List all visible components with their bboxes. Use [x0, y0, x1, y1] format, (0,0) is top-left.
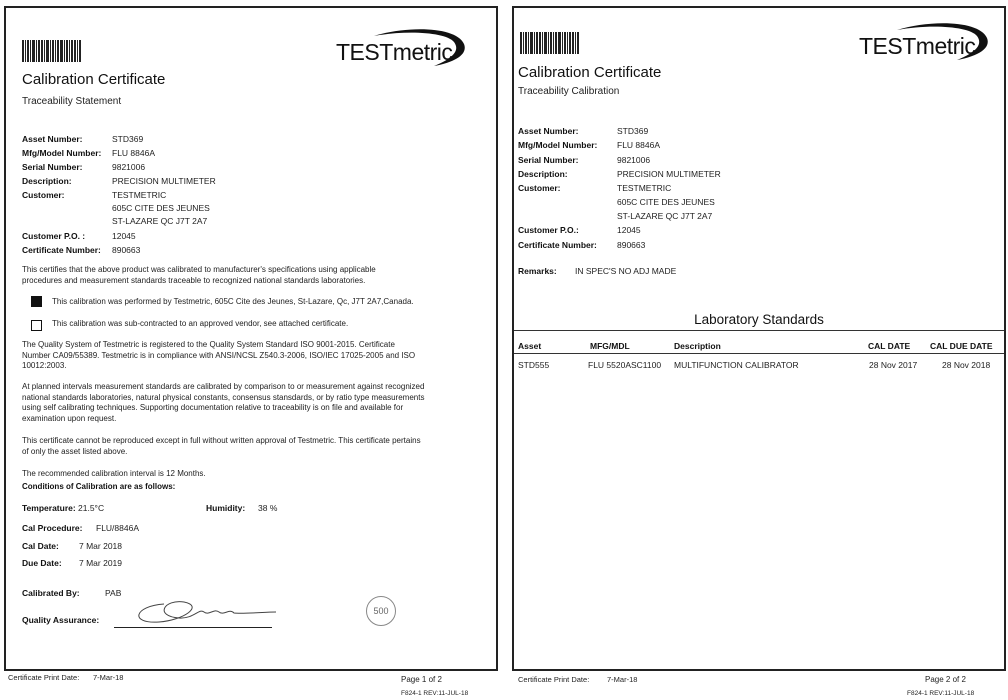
quality-assurance-label: Quality Assurance: — [22, 615, 99, 625]
calibrated-by-field: Calibrated By: PAB — [22, 588, 121, 598]
page-number-p2: Page 2 of 2 — [925, 675, 966, 684]
humidity-label: Humidity: — [206, 503, 258, 513]
page-number-p1: Page 1 of 2 — [401, 675, 442, 684]
detail-row: 605C CITE DES JEUNES — [518, 197, 715, 207]
signature-line — [114, 627, 272, 628]
detail-row: Asset Number:STD369 — [22, 134, 143, 144]
detail-row: Serial Number:9821006 — [22, 162, 145, 172]
remarks-value: IN SPEC'S NO ADJ MADE — [575, 266, 676, 276]
detail-value: PRECISION MULTIMETER — [617, 169, 721, 179]
detail-label — [22, 203, 112, 213]
detail-row: Description:PRECISION MULTIMETER — [518, 169, 721, 179]
logo-text-lower: metric — [393, 39, 453, 65]
page-subtitle: Traceability Calibration — [518, 86, 619, 97]
signature-icon — [124, 596, 284, 626]
page-subtitle: Traceability Statement — [22, 96, 121, 107]
detail-row: Serial Number:9821006 — [518, 155, 650, 165]
stamp-text: 500 — [373, 606, 388, 616]
detail-row: Asset Number:STD369 — [518, 126, 648, 136]
detail-value: TESTMETRIC — [112, 190, 166, 200]
detail-value: ST-LAZARE QC J7T 2A7 — [112, 216, 207, 226]
laboratory-standards-heading: Laboratory Standards — [514, 312, 1004, 327]
detail-label — [518, 197, 617, 207]
measurement-standards-statement: At planned intervals measurement standar… — [22, 382, 442, 424]
detail-value: 12045 — [112, 231, 136, 241]
remarks-field: Remarks: IN SPEC'S NO ADJ MADE — [518, 266, 676, 276]
table-top-rule — [514, 330, 1004, 331]
testmetric-logo: TESTmetric — [336, 26, 468, 68]
detail-value: 12045 — [617, 225, 641, 235]
cal-procedure-field: Cal Procedure: FLU/8846A — [22, 523, 139, 533]
temperature-field: Temperature: 21.5°C — [22, 503, 104, 513]
performed-in-house-checkbox — [31, 296, 42, 307]
certificate-page-1: TESTmetric Calibration Certificate Trace… — [4, 6, 498, 671]
cal-date-field: Cal Date: 7 Mar 2018 — [22, 541, 122, 551]
form-revision-p1: F824-1 REV:11-JUL-18 — [401, 690, 468, 697]
table-header: CAL DATE — [868, 341, 910, 351]
reproduction-statement: This certificate cannot be reproduced ex… — [22, 436, 422, 457]
detail-row: ST-LAZARE QC J7T 2A7 — [22, 216, 207, 226]
detail-value: PRECISION MULTIMETER — [112, 176, 216, 186]
detail-value: FLU 8846A — [112, 148, 155, 158]
due-date-field: Due Date: 7 Mar 2019 — [22, 558, 122, 568]
detail-value: STD369 — [617, 126, 648, 136]
table-header: Description — [674, 341, 721, 351]
subcontracted-text: This calibration was sub-contracted to a… — [52, 319, 492, 330]
detail-label: Description: — [518, 169, 617, 179]
table-header: CAL DUE DATE — [930, 341, 993, 351]
cal-procedure-value: FLU/8846A — [96, 523, 139, 533]
detail-value: TESTMETRIC — [617, 183, 671, 193]
humidity-field: Humidity: 38 % — [206, 503, 277, 513]
page-title: Calibration Certificate — [22, 71, 165, 88]
detail-row: 605C CITE DES JEUNES — [22, 203, 210, 213]
calibrated-by-label: Calibrated By: — [22, 588, 105, 598]
detail-value: 605C CITE DES JEUNES — [617, 197, 715, 207]
detail-label: Customer: — [518, 183, 617, 193]
detail-value: 9821006 — [617, 155, 650, 165]
detail-label — [22, 216, 112, 226]
page-title: Calibration Certificate — [518, 64, 661, 81]
print-date-value-p2: 7-Mar-18 — [607, 675, 637, 684]
cal-date-value: 7 Mar 2018 — [79, 541, 122, 551]
detail-row: Customer:TESTMETRIC — [518, 183, 671, 193]
quality-system-statement: The Quality System of Testmetric is regi… — [22, 340, 422, 372]
table-cell: 28 Nov 2017 — [869, 360, 917, 370]
detail-label: Serial Number: — [22, 162, 112, 172]
conditions-heading: Conditions of Calibration are as follows… — [22, 482, 175, 493]
print-date-label-p2: Certificate Print Date: — [518, 675, 589, 684]
barcode — [22, 40, 82, 62]
stamp-icon: 500 — [366, 596, 396, 626]
detail-row: Mfg/Model Number:FLU 8846A — [22, 148, 155, 158]
logo-text-upper: TEST — [336, 39, 393, 65]
detail-value: 9821006 — [112, 162, 145, 172]
due-date-value: 7 Mar 2019 — [79, 558, 122, 568]
table-cell: STD555 — [518, 360, 549, 370]
cal-procedure-label: Cal Procedure: — [22, 523, 96, 533]
subcontracted-checkbox — [31, 320, 42, 331]
detail-value: FLU 8846A — [617, 140, 660, 150]
temperature-value: 21.5°C — [78, 503, 104, 513]
detail-value: 605C CITE DES JEUNES — [112, 203, 210, 213]
detail-value: ST-LAZARE QC J7T 2A7 — [617, 211, 712, 221]
detail-row: Customer P.O. :12045 — [22, 231, 136, 241]
detail-row: Mfg/Model Number:FLU 8846A — [518, 140, 660, 150]
detail-label — [518, 211, 617, 221]
testmetric-logo: TESTmetric — [859, 20, 991, 62]
detail-row: ST-LAZARE QC J7T 2A7 — [518, 211, 712, 221]
detail-label: Asset Number: — [22, 134, 112, 144]
cal-date-label: Cal Date: — [22, 541, 79, 551]
table-cell: 28 Nov 2018 — [942, 360, 990, 370]
form-revision-p2: F824-1 REV:11-JUL-18 — [907, 690, 974, 697]
certificate-page-2: TESTmetric Calibration Certificate Trace… — [512, 6, 1006, 671]
calibration-interval: The recommended calibration interval is … — [22, 469, 206, 480]
humidity-value: 38 % — [258, 503, 277, 513]
table-cell: MULTIFUNCTION CALIBRATOR — [674, 360, 799, 370]
detail-row: Customer:TESTMETRIC — [22, 190, 166, 200]
detail-value: 890663 — [112, 245, 140, 255]
temperature-label: Temperature: — [22, 503, 78, 513]
detail-label: Description: — [22, 176, 112, 186]
table-header-rule — [514, 353, 1004, 354]
detail-label: Certificate Number: — [518, 240, 617, 250]
logo-text-upper: TEST — [859, 33, 916, 59]
barcode — [520, 32, 580, 54]
detail-label: Serial Number: — [518, 155, 617, 165]
detail-value: 890663 — [617, 240, 645, 250]
table-header: Asset — [518, 341, 541, 351]
due-date-label: Due Date: — [22, 558, 79, 568]
print-date-value-p1: 7-Mar-18 — [93, 673, 123, 682]
remarks-label: Remarks: — [518, 266, 575, 276]
print-date-label-p1: Certificate Print Date: — [8, 673, 79, 682]
calibrated-by-value: PAB — [105, 588, 121, 598]
detail-label: Mfg/Model Number: — [22, 148, 112, 158]
detail-label: Asset Number: — [518, 126, 617, 136]
detail-row: Customer P.O.:12045 — [518, 225, 641, 235]
detail-label: Customer: — [22, 190, 112, 200]
detail-value: STD369 — [112, 134, 143, 144]
logo-text-lower: metric — [916, 33, 976, 59]
detail-row: Certificate Number:890663 — [518, 240, 645, 250]
detail-row: Description:PRECISION MULTIMETER — [22, 176, 216, 186]
quality-assurance-field: Quality Assurance: — [22, 615, 99, 625]
detail-label: Mfg/Model Number: — [518, 140, 617, 150]
detail-row: Certificate Number:890663 — [22, 245, 140, 255]
certify-statement: This certifies that the above product wa… — [22, 265, 412, 286]
detail-label: Customer P.O.: — [518, 225, 617, 235]
table-cell: FLU 5520ASC1100 — [588, 360, 661, 370]
detail-label: Customer P.O. : — [22, 231, 112, 241]
table-header: MFG/MDL — [590, 341, 630, 351]
detail-label: Certificate Number: — [22, 245, 112, 255]
performed-in-house-text: This calibration was performed by Testme… — [52, 297, 492, 308]
